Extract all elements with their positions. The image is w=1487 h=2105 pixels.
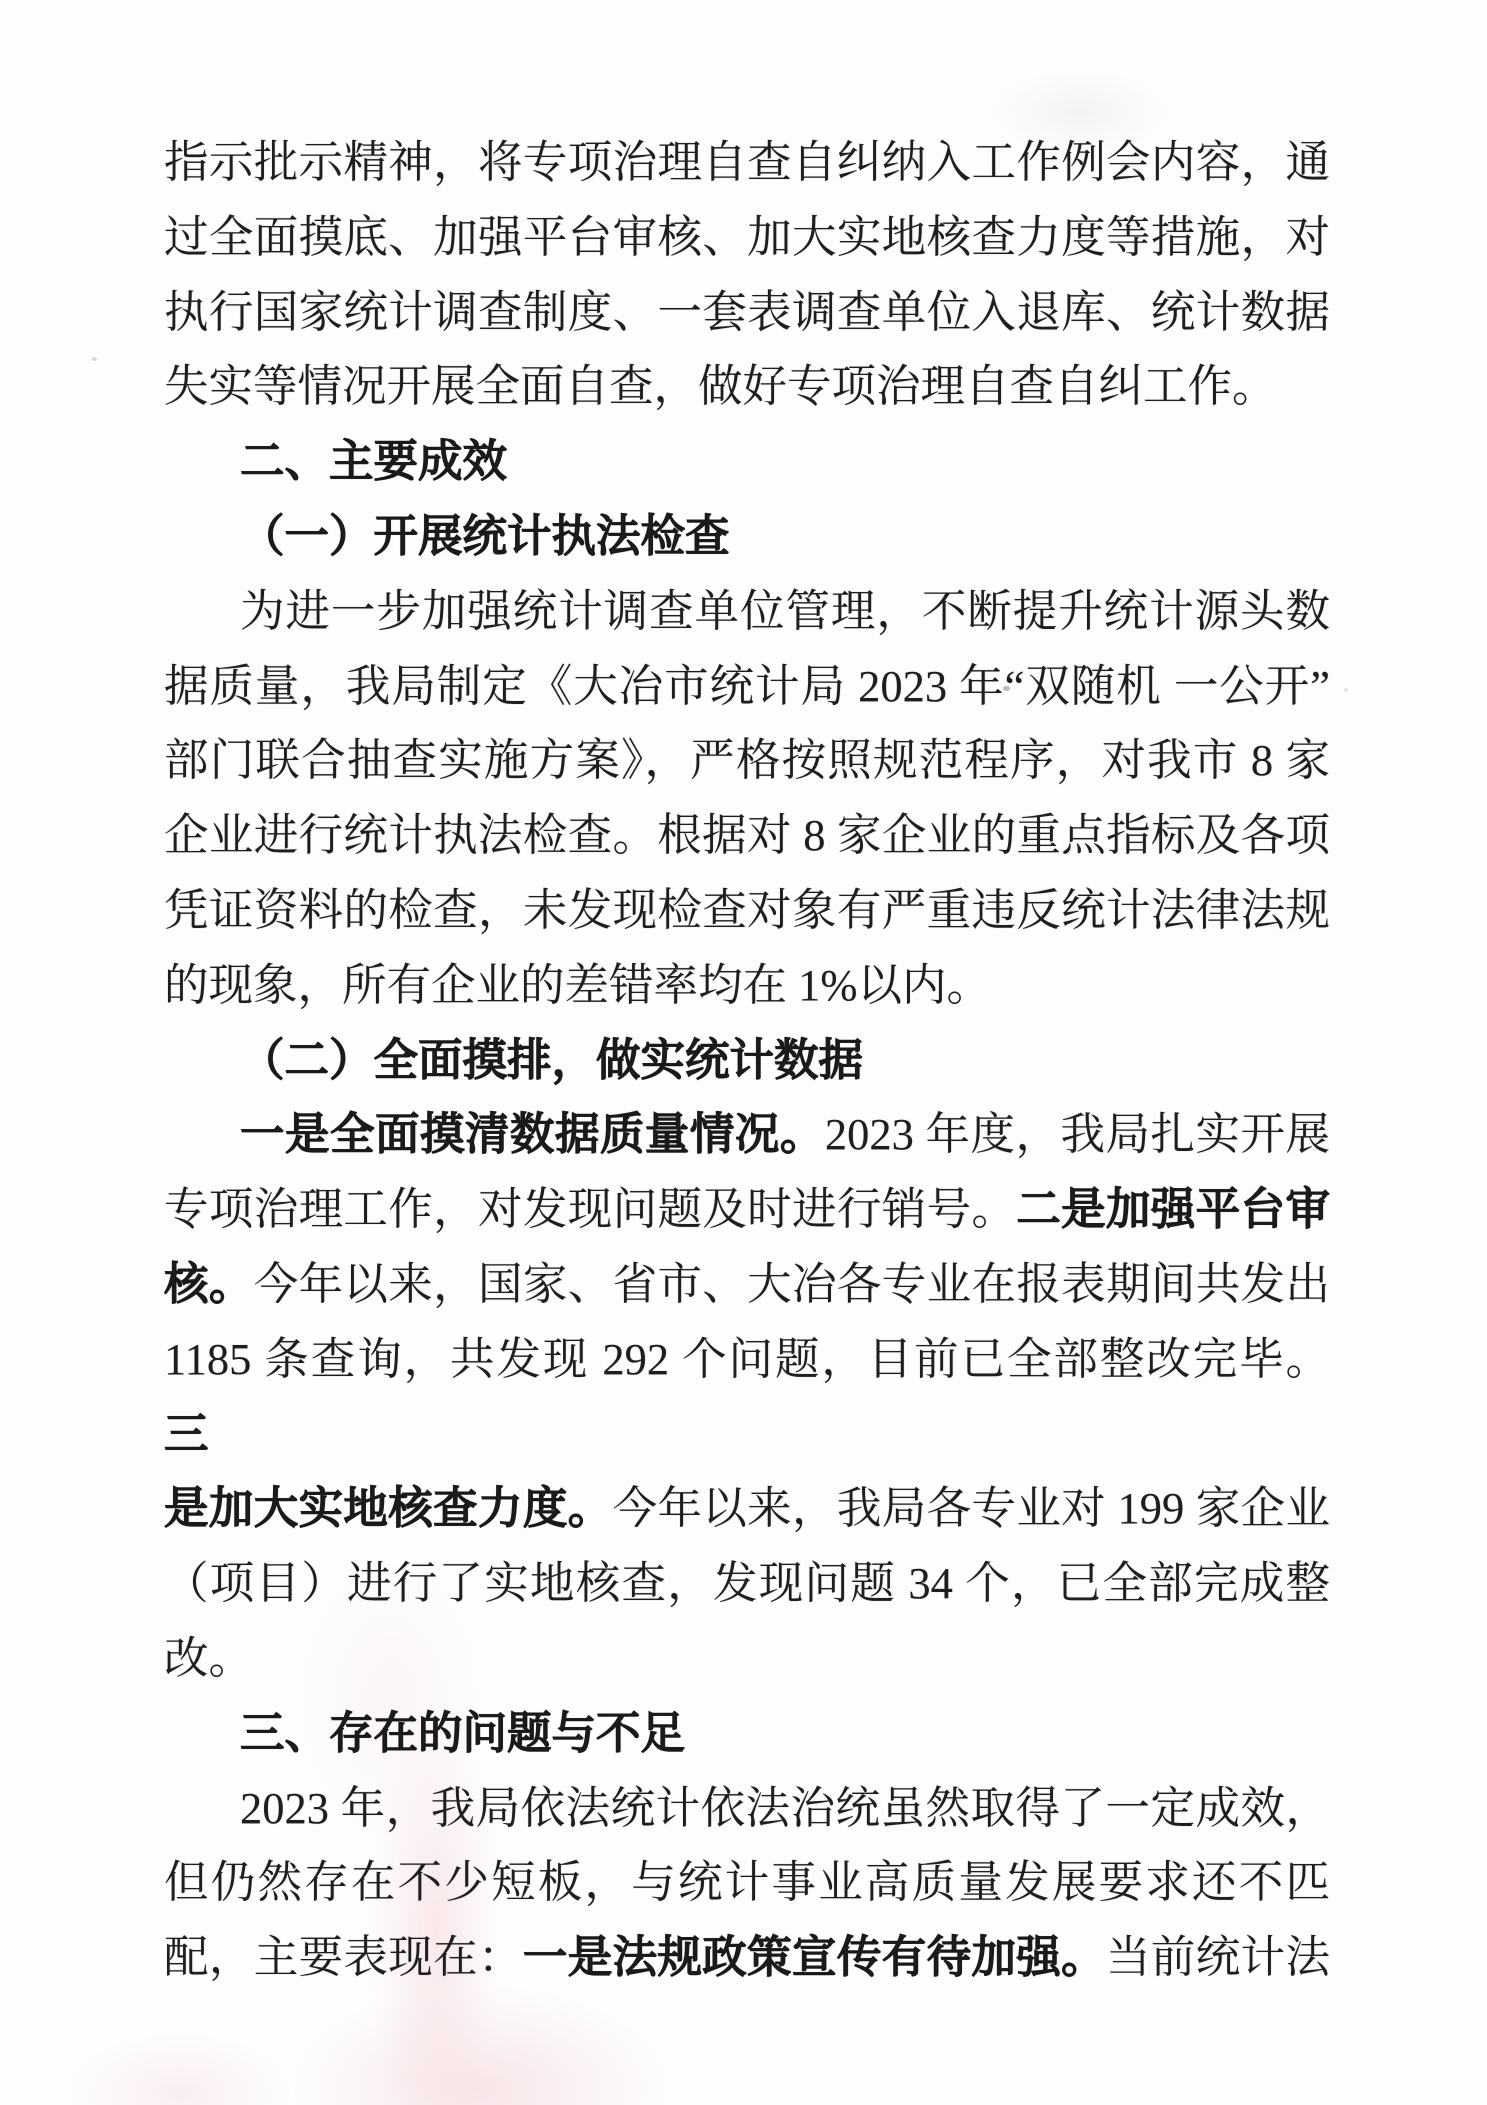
text-line: 指示批示精神，将专项治理自查自纠纳入工作例会内容，通 bbox=[164, 125, 1330, 200]
text-segment: 配，主要表现在： bbox=[164, 1932, 523, 1982]
text-line: 核。今年以来，国家、省市、大冶各专业在报表期间共发出 bbox=[164, 1247, 1330, 1322]
text-segment: 为进一步加强统计调查单位管理，不断提升统计源头数 bbox=[240, 586, 1330, 636]
text-line: 失实等情况开展全面自查，做好专项治理自查自纠工作。 bbox=[164, 349, 1330, 424]
text-line: 企业进行统计执法检查。根据对 8 家企业的重点指标及各项 bbox=[164, 798, 1330, 873]
emphasis-text: （一）开展统计执法检查 bbox=[240, 511, 730, 561]
text-segment: 据质量，我局制定《大冶市统计局 2023 年“双随机 一公开” bbox=[164, 661, 1330, 711]
scan-speck bbox=[1344, 688, 1348, 692]
emphasis-text: 一是全面摸清数据质量情况。 bbox=[240, 1109, 825, 1159]
text-line: （一）开展统计执法检查 bbox=[164, 499, 1330, 574]
text-line: 的现象，所有企业的差错率均在 1%以内。 bbox=[164, 948, 1330, 1023]
text-segment: 指示批示精神，将专项治理自查自纠纳入工作例会内容，通 bbox=[164, 137, 1330, 187]
text-line: 过全面摸底、加强平台审核、加大实地核查力度等措施，对 bbox=[164, 200, 1330, 275]
text-line: 但仍然存在不少短板，与统计事业高质量发展要求还不匹 bbox=[164, 1845, 1330, 1920]
scanned-page: 指示批示精神，将专项治理自查自纠纳入工作例会内容，通过全面摸底、加强平台审核、加… bbox=[0, 0, 1487, 2105]
text-line: 专项治理工作，对发现问题及时进行销号。二是加强平台审 bbox=[164, 1172, 1330, 1247]
text-line: 改。 bbox=[164, 1621, 1330, 1696]
text-segment: （项目）进行了实地核查，发现问题 34 个，已全部完成整 bbox=[164, 1558, 1330, 1608]
text-line: 1185 条查询，共发现 292 个问题，目前已全部整改完毕。三 bbox=[164, 1322, 1330, 1472]
scan-speck bbox=[92, 357, 97, 361]
text-line: （项目）进行了实地核查，发现问题 34 个，已全部完成整 bbox=[164, 1546, 1330, 1621]
paragraph: 2023 年，我局依法统计依法治统虽然取得了一定成效，但仍然存在不少短板，与统计… bbox=[164, 1771, 1330, 1995]
text-line: 是加大实地核查力度。今年以来，我局各专业对 199 家企业 bbox=[164, 1471, 1330, 1546]
text-segment: 2023 年度，我局扎实开展 bbox=[825, 1109, 1330, 1159]
text-segment: 部门联合抽查实施方案》，严格按照规范程序，对我市 8 家 bbox=[164, 735, 1330, 785]
section-heading: 三、存在的问题与不足 bbox=[164, 1696, 1330, 1771]
paragraph: 一是全面摸清数据质量情况。2023 年度，我局扎实开展专项治理工作，对发现问题及… bbox=[164, 1097, 1330, 1695]
text-line: 二、主要成效 bbox=[164, 424, 1330, 499]
text-line: 2023 年，我局依法统计依法治统虽然取得了一定成效， bbox=[164, 1771, 1330, 1846]
section-heading: （二）全面摸排，做实统计数据 bbox=[164, 1023, 1330, 1098]
text-segment: 凭证资料的检查，未发现检查对象有严重违反统计法律法规 bbox=[164, 885, 1330, 935]
text-line: 配，主要表现在：一是法规政策宣传有待加强。当前统计法 bbox=[164, 1920, 1330, 1995]
emphasis-text: 是加大实地核查力度。 bbox=[164, 1483, 613, 1533]
section-heading: （一）开展统计执法检查 bbox=[164, 499, 1330, 574]
text-segment: 执行国家统计调查制度、一套表调查单位入退库、统计数据 bbox=[164, 287, 1330, 337]
text-line: 一是全面摸清数据质量情况。2023 年度，我局扎实开展 bbox=[164, 1097, 1330, 1172]
text-line: （二）全面摸排，做实统计数据 bbox=[164, 1023, 1330, 1098]
text-line: 凭证资料的检查，未发现检查对象有严重违反统计法律法规 bbox=[164, 873, 1330, 948]
paragraph: 为进一步加强统计调查单位管理，不断提升统计源头数据质量，我局制定《大冶市统计局 … bbox=[164, 574, 1330, 1023]
emphasis-text: 三 bbox=[164, 1409, 209, 1459]
document-body: 指示批示精神，将专项治理自查自纠纳入工作例会内容，通过全面摸底、加强平台审核、加… bbox=[164, 125, 1330, 1995]
text-segment: 2023 年，我局依法统计依法治统虽然取得了一定成效， bbox=[240, 1783, 1330, 1833]
text-line: 三、存在的问题与不足 bbox=[164, 1696, 1330, 1771]
emphasis-text: （二）全面摸排，做实统计数据 bbox=[240, 1035, 863, 1085]
text-segment: 当前统计法 bbox=[1106, 1932, 1330, 1982]
text-segment: 过全面摸底、加强平台审核、加大实地核查力度等措施，对 bbox=[164, 212, 1330, 262]
text-line: 为进一步加强统计调查单位管理，不断提升统计源头数 bbox=[164, 574, 1330, 649]
emphasis-text: 二、主要成效 bbox=[240, 436, 507, 486]
text-line: 执行国家统计调查制度、一套表调查单位入退库、统计数据 bbox=[164, 275, 1330, 350]
text-segment: 1185 条查询，共发现 292 个问题，目前已全部整改完毕。 bbox=[164, 1334, 1330, 1384]
emphasis-text: 核。 bbox=[164, 1259, 254, 1309]
text-segment: 今年以来，国家、省市、大冶各专业在报表期间共发出 bbox=[254, 1259, 1330, 1309]
text-line: 据质量，我局制定《大冶市统计局 2023 年“双随机 一公开” bbox=[164, 649, 1330, 724]
text-segment: 但仍然存在不少短板，与统计事业高质量发展要求还不匹 bbox=[164, 1857, 1330, 1907]
emphasis-text: 二是加强平台审 bbox=[1016, 1184, 1330, 1234]
text-segment: 改。 bbox=[164, 1633, 253, 1683]
text-segment: 专项治理工作，对发现问题及时进行销号。 bbox=[164, 1184, 1016, 1234]
text-segment: 的现象，所有企业的差错率均在 1%以内。 bbox=[164, 960, 991, 1010]
emphasis-text: 一是法规政策宣传有待加强。 bbox=[523, 1932, 1106, 1982]
text-segment: 今年以来，我局各专业对 199 家企业 bbox=[613, 1483, 1330, 1533]
text-segment: 企业进行统计执法检查。根据对 8 家企业的重点指标及各项 bbox=[164, 810, 1330, 860]
text-segment: 失实等情况开展全面自查，做好专项治理自查自纠工作。 bbox=[164, 361, 1277, 411]
section-heading: 二、主要成效 bbox=[164, 424, 1330, 499]
text-line: 部门联合抽查实施方案》，严格按照规范程序，对我市 8 家 bbox=[164, 723, 1330, 798]
paragraph: 指示批示精神，将专项治理自查自纠纳入工作例会内容，通过全面摸底、加强平台审核、加… bbox=[164, 125, 1330, 424]
emphasis-text: 三、存在的问题与不足 bbox=[240, 1708, 685, 1758]
